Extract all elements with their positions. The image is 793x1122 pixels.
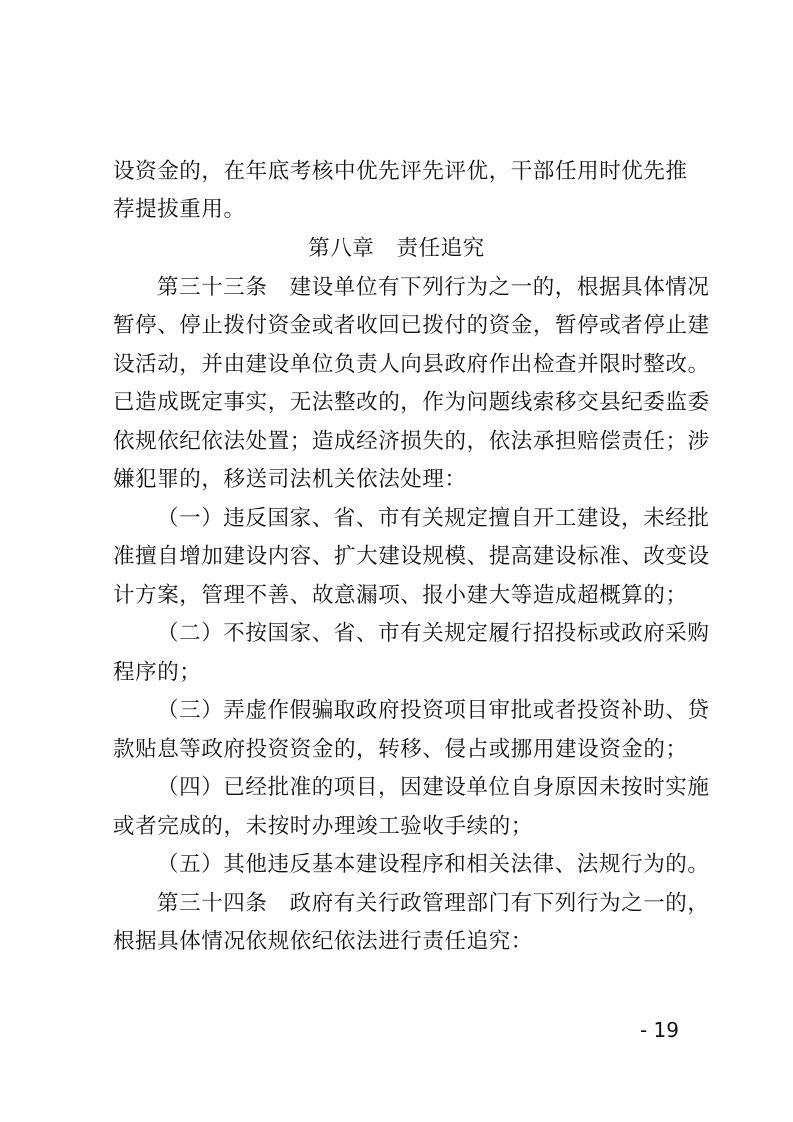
chapter-heading: 第八章 责任追究 bbox=[0, 234, 793, 264]
list-item-4-line: （四）已经批准的项目，因建设单位自身原因未按时实施 bbox=[157, 773, 683, 803]
article-34-line: 根据具体情况依规依纪依法进行责任追究： bbox=[113, 927, 683, 957]
article-33-line: 已造成既定事实，无法整改的，作为问题线索移交县纪委监委 bbox=[113, 388, 683, 418]
article-33-line: 第三十三条 建设单位有下列行为之一的，根据具体情况 bbox=[157, 273, 683, 303]
article-33-line: 设活动，并由建设单位负责人向县政府作出检查并限时整改。 bbox=[113, 350, 683, 380]
paragraph-line: 荐提拔重用。 bbox=[113, 195, 683, 225]
list-item-2-line: 程序的； bbox=[113, 658, 683, 688]
list-item-3-line: （三）弄虚作假骗取政府投资项目审批或者投资补助、贷 bbox=[157, 696, 683, 726]
article-33-line: 嫌犯罪的，移送司法机关依法处理： bbox=[113, 465, 683, 495]
article-34-line: 第三十四条 政府有关行政管理部门有下列行为之一的， bbox=[157, 889, 683, 919]
list-item-4-line: 或者完成的，未按时办理竣工验收手续的； bbox=[113, 812, 683, 842]
list-item-5-line: （五）其他违反基本建设程序和相关法律、法规行为的。 bbox=[157, 850, 683, 880]
article-33-line: 依规依纪依法处置；造成经济损失的，依法承担赔偿责任；涉 bbox=[113, 427, 683, 457]
document-page: 设资金的，在年底考核中优先评先评优，干部任用时优先推 荐提拔重用。 第八章 责任… bbox=[0, 0, 793, 1122]
paragraph-line: 设资金的，在年底考核中优先评先评优，干部任用时优先推 bbox=[113, 157, 683, 187]
list-item-1-line: 准擅自增加建设内容、扩大建设规模、提高建设标准、改变设 bbox=[113, 542, 683, 572]
article-33-line: 暂停、停止拨付资金或者收回已拨付的资金，暂停或者停止建 bbox=[113, 311, 683, 341]
list-item-1-line: （一）违反国家、省、市有关规定擅自开工建设，未经批 bbox=[157, 504, 683, 534]
list-item-3-line: 款贴息等政府投资资金的，转移、侵占或挪用建设资金的； bbox=[113, 735, 683, 765]
list-item-2-line: （二）不按国家、省、市有关规定履行招投标或政府采购 bbox=[157, 619, 683, 649]
page-number: - 19 bbox=[640, 1016, 679, 1044]
list-item-1-line: 计方案，管理不善、故意漏项、报小建大等造成超概算的； bbox=[113, 581, 683, 611]
